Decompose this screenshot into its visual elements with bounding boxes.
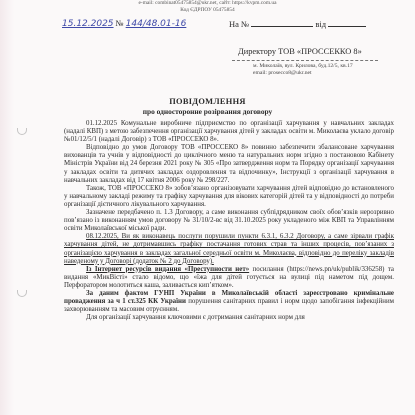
addressee-divider: [232, 60, 378, 61]
document-body: 01.12.2025 Комунальне виробниче підприєм…: [64, 120, 394, 322]
number-sign: №: [116, 18, 124, 28]
document-title: ПОВІДОМЛЕННЯ: [0, 97, 415, 106]
reply-number-blank: [251, 26, 313, 27]
reply-to-label: На №: [229, 19, 249, 29]
addressee-title: Директору ТОВ «ПРОССЕККО 8»: [238, 47, 362, 56]
reply-date-blank: [328, 26, 366, 27]
paragraph-schedule: Також, ТОВ «ПРОССЕКО 8» зобов’язано орга…: [64, 185, 394, 209]
registration-date: 15.12.2025: [62, 19, 114, 29]
reply-reference: На № від: [229, 19, 366, 29]
letterhead-contact: e-mail: combinat05475854@ukr.net, сайт: …: [0, 0, 415, 6]
paragraph-violation: 08.12.2025, Ви як виконавець послуги пор…: [64, 233, 394, 265]
paragraph-obligations: Відповідно до умов Договору ТОВ «ПРОССЕК…: [64, 144, 394, 184]
paragraph-criminal: За даним фактом ГУНП України в Миколаївс…: [64, 290, 394, 314]
internet-sources-lead: Із Інтернет ресурсів видання «Преступнос…: [86, 266, 249, 273]
paragraph-sanitary: Для організації харчування ключовими є д…: [64, 314, 394, 322]
punch-hole-icon: [17, 128, 27, 135]
paragraph-contract: 01.12.2025 Комунальне виробниче підприєм…: [64, 120, 394, 144]
addressee-address: м. Миколаїв, вул. Крилова, буд.12/5, кв.…: [253, 63, 353, 69]
registration-number: 144/48.01-16: [126, 19, 187, 29]
scanned-letter-page: e-mail: combinat05475854@ukr.net, сайт: …: [0, 0, 415, 415]
letterhead-edrpou: Код ЄДРПОУ 05475854: [0, 7, 415, 13]
addressee-email: email: prosecco8@ukr.net: [253, 70, 312, 76]
reply-from-label: від: [315, 19, 326, 29]
registration-stamp: 15.12.2025№144/48.01-16: [62, 18, 186, 29]
page-edge-shadow: [0, 0, 14, 415]
paragraph-clause: Зазначене передбачено п. 1.3 Договору, а…: [64, 209, 394, 233]
punch-hole-icon: [17, 290, 27, 297]
document-subtitle: про односторонне розірвання договору: [0, 107, 415, 116]
paragraph-internet: Із Інтернет ресурсів видання «Преступнос…: [64, 266, 394, 290]
